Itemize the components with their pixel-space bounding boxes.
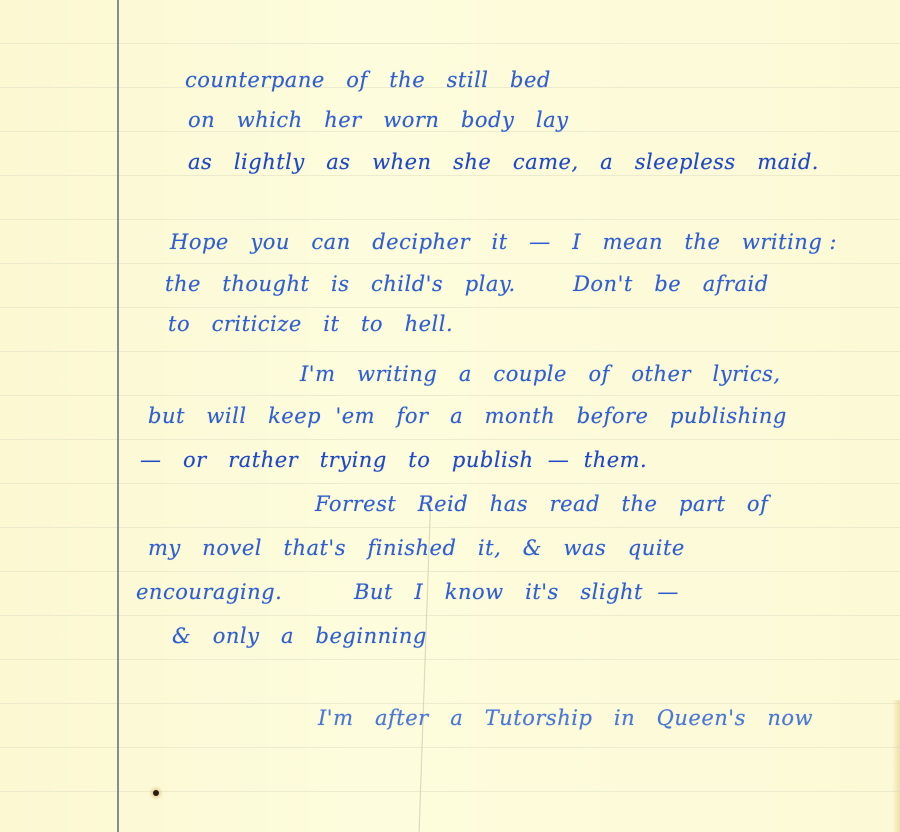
letter-line-6: to criticize it to hell. — [168, 312, 453, 336]
ink-blot — [153, 790, 159, 796]
letter-line-11: my novel that's finished it, & was quite — [148, 536, 685, 560]
letter-line-14: I'm after a Tutorship in Queen's now — [318, 706, 813, 730]
letter-line-2: on which her worn body lay — [188, 108, 568, 132]
left-margin-rule — [117, 0, 119, 832]
letter-line-12: encouraging. But I know it's slight — — [136, 580, 679, 604]
letter-line-4: Hope you can decipher it — I mean the wr… — [170, 230, 837, 254]
paper-edge-stain — [892, 700, 900, 832]
letter-line-9: — or rather trying to publish — them. — [140, 448, 647, 472]
letter-line-3: as lightly as when she came, a sleepless… — [188, 150, 819, 174]
letter-line-8: but will keep 'em for a month before pub… — [148, 404, 787, 428]
letter-line-7: I'm writing a couple of other lyrics, — [300, 362, 781, 386]
letter-line-1: counterpane of the still bed — [185, 68, 551, 92]
letter-line-13: & only a beginning — [172, 624, 427, 648]
letter-line-5: the thought is child's play. Don't be af… — [165, 272, 769, 296]
letter-line-10: Forrest Reid has read the part of — [315, 492, 768, 516]
